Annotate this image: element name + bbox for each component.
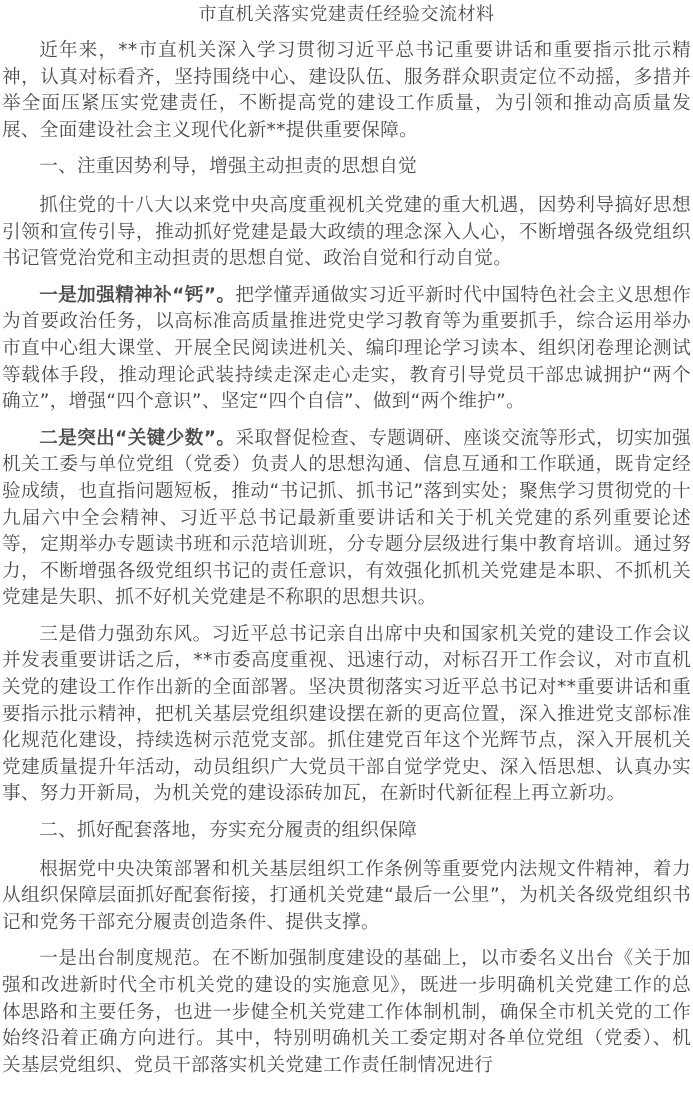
section-2-summary: 根据党中央决策部署和机关基层组织工作条例等重要党内法规文件精神，着力从组织保障层… <box>2 857 691 937</box>
document: 市直机关落实党建责任经验交流材料 近年来，**市直机关深入学习贯彻习近平总书记重… <box>0 2 693 1079</box>
section-2-heading: 二、抓好配套落地，夯实充分履责的组织保障 <box>2 818 691 845</box>
intro-paragraph: 近年来，**市直机关深入学习贯彻习近平总书记重要讲话和重要指示批示精神，认真对标… <box>2 38 691 144</box>
section-1-heading: 一、注重因势利导，增强主动担责的思想自觉 <box>2 154 691 181</box>
section-2-item-1: 一是出台制度规范。在不断加强制度建设的基础上，以市委名义出台《关于加强和改进新时… <box>2 946 691 1079</box>
document-title: 市直机关落实党建责任经验交流材料 <box>2 2 691 28</box>
section-1-item-1: 一是加强精神补“钙”。把学懂弄通做实习近平新时代中国特色社会主义思想作为首要政治… <box>2 283 691 416</box>
section-1-item-3: 三是借力强劲东风。习近平总书记亲自出席中央和国家机关党的建设工作会议并发表重要讲… <box>2 622 691 808</box>
section-1-summary: 抓住党的十八大以来党中央高度重视机关党建的重大机遇，因势利导搞好思想引领和宣传引… <box>2 193 691 273</box>
section-1-item-2: 二是突出“关键少数”。采取督促检查、专题调研、座谈交流等形式，切实加强机关工委与… <box>2 426 691 612</box>
item-2-lead: 二是突出“关键少数”。 <box>39 428 235 449</box>
item-2-body: 采取督促检查、专题调研、座谈交流等形式，切实加强机关工委与单位党组（党委）负责人… <box>2 428 691 609</box>
item-1-lead: 一是加强精神补“钙”。 <box>39 285 235 306</box>
